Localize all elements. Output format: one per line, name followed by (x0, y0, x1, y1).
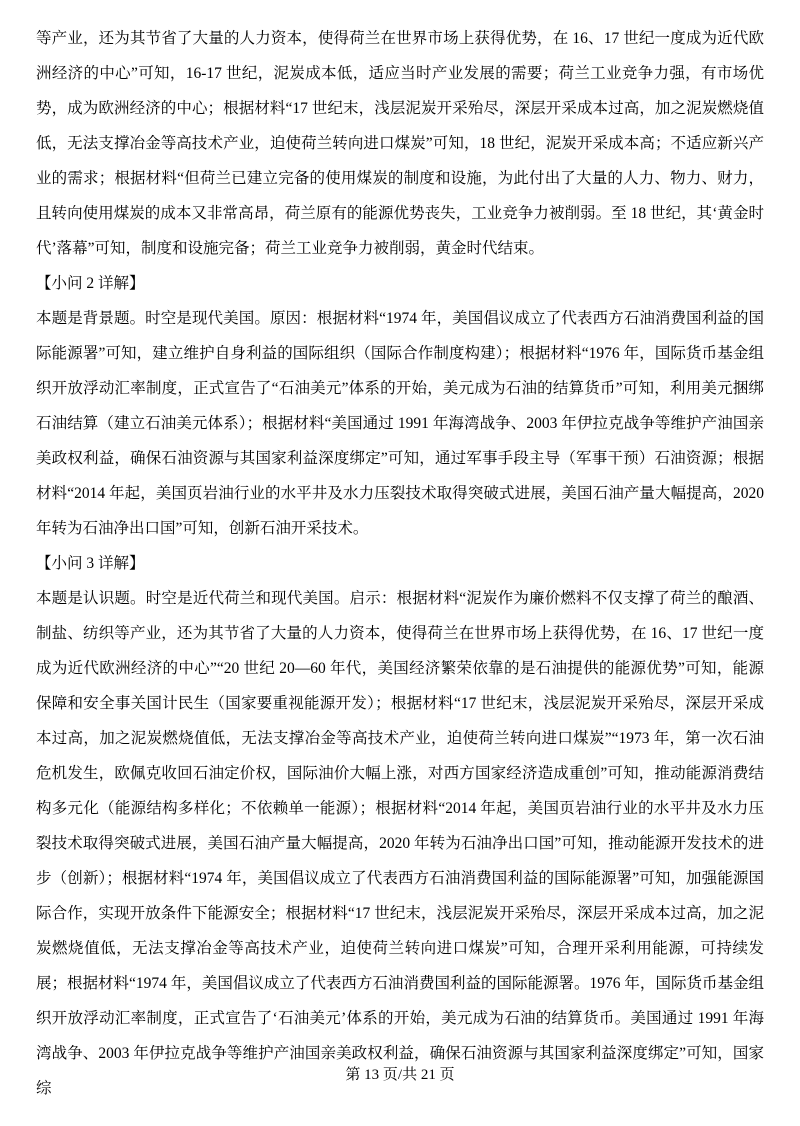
subquestion-3-heading: 【小问 3 详解】 (36, 546, 764, 581)
subquestion-3-answer-paragraph: 本题是认识题。时空是近代荷兰和现代美国。启示：根据材料“泥炭作为廉价燃料不仅支撑… (36, 581, 764, 1106)
answer-paragraph-continuation: 等产业，还为其节省了大量的人力资本，使得荷兰在世界市场上获得优势，在 16、17… (36, 21, 764, 266)
document-page: 等产业，还为其节省了大量的人力资本，使得荷兰在世界市场上获得优势，在 16、17… (0, 0, 800, 1126)
subquestion-2-heading: 【小问 2 详解】 (36, 266, 764, 301)
page-content: 等产业，还为其节省了大量的人力资本，使得荷兰在世界市场上获得优势，在 16、17… (0, 0, 800, 1106)
page-number: 第 13 页/共 21 页 (0, 1063, 800, 1084)
subquestion-2-answer-paragraph: 本题是背景题。时空是现代美国。原因：根据材料“1974 年，美国倡议成立了代表西… (36, 301, 764, 546)
